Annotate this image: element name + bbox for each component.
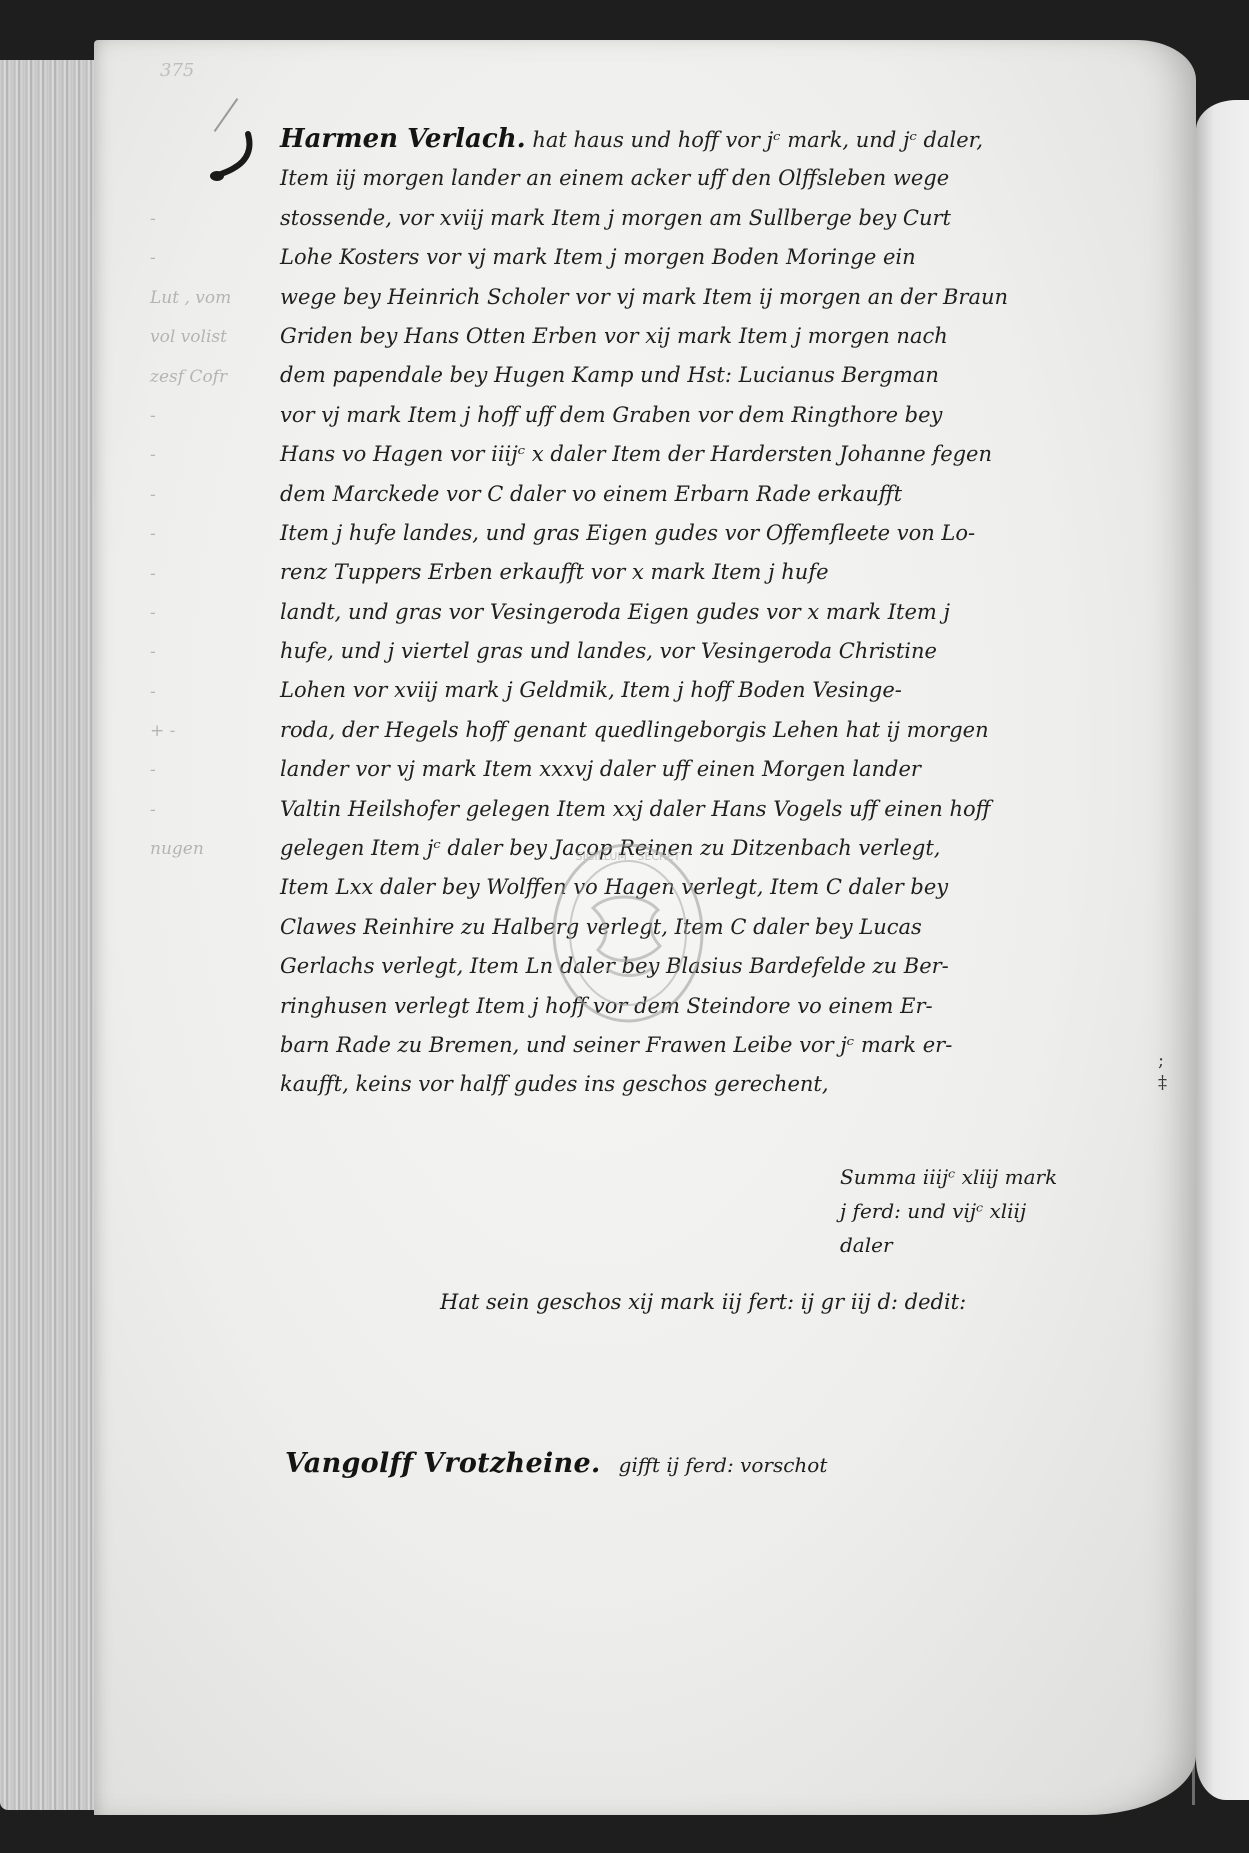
entry-line: Valtin Heilshofer gelegen Item xxj daler… (280, 790, 1140, 829)
entry-heading: Vangolff Vrotzheine. (285, 1448, 601, 1479)
entry-line: hufe, und j viertel gras und landes, vor… (280, 632, 1140, 671)
entry-line: stossende, vor xviij mark Item j morgen … (280, 199, 1140, 238)
summary-block: Summa iiijᶜ xliij mark j ferd: und vijᶜ … (840, 1160, 1057, 1262)
margin-note: - (150, 397, 280, 436)
entry-line: wege bey Heinrich Scholer vor vj mark It… (280, 278, 1140, 317)
entry-vangolff: Vangolff Vrotzheine. gifft ij ferd: vors… (285, 1448, 827, 1479)
entry-first-line: Harmen Verlach. hat haus und hoff vor jᶜ… (280, 120, 1140, 159)
margin-mark: ; (1158, 1050, 1167, 1072)
summary-line: Summa iiijᶜ xliij mark (840, 1160, 1057, 1194)
paragraph-mark-icon (208, 130, 268, 190)
entry-line: Griden bey Hans Otten Erben vor xij mark… (280, 317, 1140, 356)
margin-mark: ‡ (1158, 1072, 1167, 1094)
tax-total-line: Hat sein geschos xij mark iij fert: ij g… (440, 1290, 966, 1314)
entry-line: landt, und gras vor Vesingeroda Eigen gu… (280, 593, 1140, 632)
margin-note: - (150, 751, 280, 790)
margin-note: - (150, 476, 280, 515)
entry-line: dem papendale bey Hugen Kamp und Hst: Lu… (280, 356, 1140, 395)
entry-line: Item j hufe landes, und gras Eigen gudes… (280, 514, 1140, 553)
entry-line: barn Rade zu Bremen, und seiner Frawen L… (280, 1026, 1140, 1065)
entry-line: Clawes Reinhire zu Halberg verlegt, Item… (280, 908, 1140, 947)
margin-note: + - (150, 712, 280, 751)
entry-line: vor vj mark Item j hoff uff dem Graben v… (280, 396, 1140, 435)
entry-line: lander vor vj mark Item xxxvj daler uff … (280, 750, 1140, 789)
entry-line: ringhusen verlegt Item j hoff vor dem St… (280, 987, 1140, 1026)
entry-line: Item Lxx daler bey Wolffen vo Hagen verl… (280, 868, 1140, 907)
margin-note: - (150, 555, 280, 594)
margin-note: - (150, 436, 280, 475)
margin-note: - (150, 791, 280, 830)
svg-text:SIGILLUM · SECRET: SIGILLUM · SECRET (576, 850, 681, 863)
entry-line: dem Marckede vor C daler vo einem Erbarn… (280, 475, 1140, 514)
margin-note: - (150, 673, 280, 712)
margin-note: vol volist (150, 318, 280, 357)
entry-line: gifft ij ferd: vorschot (619, 1453, 828, 1477)
archive-stamp-icon: SIGILLUM · SECRET (548, 838, 708, 1028)
margin-note: Lut , vom (150, 279, 280, 318)
entry-line: Hans vo Hagen vor iiijᶜ x daler Item der… (280, 435, 1140, 474)
entry-line: gelegen Item jᶜ daler bey Jacop Reinen z… (280, 829, 1140, 868)
margin-note: - (150, 200, 280, 239)
entry-line: Lohen vor xviij mark j Geldmik, Item j h… (280, 671, 1140, 710)
entry-heading: Harmen Verlach. (280, 124, 526, 154)
margin-note: - (150, 239, 280, 278)
margin-note: - (150, 594, 280, 633)
margin-note: nugen (150, 830, 280, 869)
entry-harmen-verlach: Harmen Verlach. hat haus und hoff vor jᶜ… (280, 120, 1140, 1105)
margin-note: - (150, 633, 280, 672)
entry-line: hat haus und hoff vor jᶜ mark, und jᶜ da… (532, 128, 983, 152)
summary-line: daler (840, 1228, 1057, 1262)
faded-page-number: 375 (160, 60, 194, 81)
left-margin-notes: - - Lut , vom vol volist zesf Cofr - - -… (150, 200, 280, 870)
facing-recto-page (1196, 100, 1249, 1800)
summary-line: j ferd: und vijᶜ xliij (840, 1194, 1057, 1228)
right-margin-marks: ; ‡ (1158, 1050, 1167, 1094)
entry-line: roda, der Hegels hoff genant quedlingebo… (280, 711, 1140, 750)
entry-line: renz Tuppers Erben erkaufft vor x mark I… (280, 553, 1140, 592)
scan-scene: 375 - - Lut , vom vol volist zesf Cofr -… (0, 0, 1249, 1853)
entry-line: Item iij morgen lander an einem acker uf… (280, 159, 1140, 198)
entry-line: Gerlachs verlegt, Item Ln daler bey Blas… (280, 947, 1140, 986)
margin-note: zesf Cofr (150, 358, 280, 397)
entry-line: Lohe Kosters vor vj mark Item j morgen B… (280, 238, 1140, 277)
margin-note: - (150, 515, 280, 554)
